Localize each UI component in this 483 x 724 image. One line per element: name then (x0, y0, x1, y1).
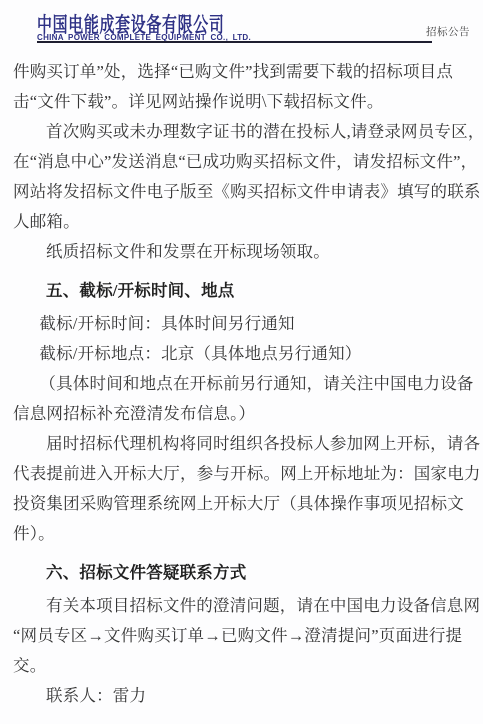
text-line: 件）。 (13, 519, 475, 549)
header-divider (37, 41, 432, 43)
text-line: 人邮箱。 (13, 207, 475, 237)
text-line: 首次购买或未办理数字证书的潜在投标人,请登录网员专区， (13, 117, 475, 147)
text-line: 代表提前进入开标大厅，参与开标。网上开标地址为：国家电力 (13, 459, 475, 489)
text-line: 交。 (13, 651, 475, 681)
text-line: 击“文件下载”。详见网站操作说明\下载招标文件。 (13, 87, 475, 117)
text-line: 联系人：雷力 (13, 681, 475, 711)
doc-type-label: 招标公告 (426, 24, 470, 39)
text-line: 截标/开标时间：具体时间另行通知 (13, 309, 475, 339)
text-line: 截标/开标地点：北京（具体地点另行通知） (13, 339, 475, 369)
text-line: 届时招标代理机构将同时组织各投标人参加网上开标，请各 (13, 429, 475, 459)
text-line: （具体时间和地点在开标前另行通知，请关注中国电力设备 (13, 369, 475, 399)
text-line: 网站将发招标文件电子版至《购买招标文件申请表》填写的联系 (13, 177, 475, 207)
document-body: 件购买订单”处，选择“已购文件”找到需要下载的招标项目点击“文件下载”。详见网站… (13, 57, 475, 711)
section-heading: 六、招标文件答疑联系方式 (13, 558, 475, 588)
text-line: 件购买订单”处，选择“已购文件”找到需要下载的招标项目点 (13, 57, 475, 87)
section-heading: 五、截标/开标时间、地点 (13, 276, 475, 306)
text-line: 纸质招标文件和发票在开标现场领取。 (13, 237, 475, 267)
text-line: 在“消息中心”发送消息“已成功购买招标文件，请发招标文件”， (13, 147, 475, 177)
text-line: 有关本项目招标文件的澄清问题，请在中国电力设备信息网 (13, 591, 475, 621)
page-header: 中国电能成套设备有限公司 CHINA POWER COMPLETE EQUIPM… (0, 0, 483, 48)
text-line: 投资集团采购管理系统网上开标大厅（具体操作事项见招标文 (13, 489, 475, 519)
text-line: “网员专区→文件购买订单→已购文件→澄清提问”页面进行提 (13, 621, 475, 651)
text-line: 信息网招标补充澄清发布信息。） (13, 399, 475, 429)
